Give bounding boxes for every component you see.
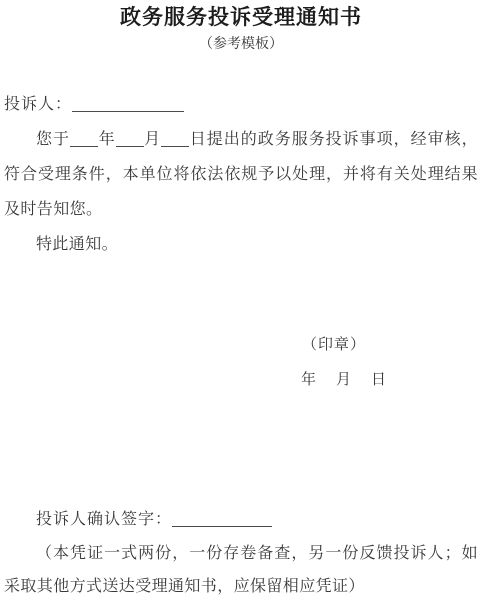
month-label: 月 [144,131,162,148]
notice-paragraph: 您于年月日提出的政务服务投诉事项，经审核，符合受理条件，本单位将依法依规予以处理… [4,122,478,227]
date-day-label: 日 [371,370,386,390]
month-blank-field[interactable] [116,133,144,147]
day-blank-field[interactable] [161,133,189,147]
document-subtitle: （参考模板） [4,36,478,53]
document-title: 政务服务投诉受理通知书 [4,0,478,30]
footnote: （本凭证一式两份，一份存卷备查，另一份反馈投诉人；如采取其他方式送达受理通知书，… [4,537,478,600]
seal-placeholder: （印章） [4,335,478,355]
signature-line: 投诉人确认签字： [4,510,478,530]
signature-label: 投诉人确认签字： [36,511,172,528]
complainant-blank-field[interactable] [72,98,184,112]
complainant-line: 投诉人： [4,95,478,115]
date-month-label: 月 [336,370,351,390]
document-page: 政务服务投诉受理通知书 （参考模板） 投诉人： 您于年月日提出的政务服务投诉事项… [0,0,482,600]
signature-blank-field[interactable] [172,513,272,527]
date-year-label: 年 [301,370,316,390]
closing-line: 特此通知。 [4,227,478,262]
year-blank-field[interactable] [70,133,98,147]
complainant-label: 投诉人： [4,96,72,113]
notice-text-before-year: 您于 [36,131,70,148]
date-line: 年 月 日 [4,370,478,390]
year-label: 年 [98,131,116,148]
